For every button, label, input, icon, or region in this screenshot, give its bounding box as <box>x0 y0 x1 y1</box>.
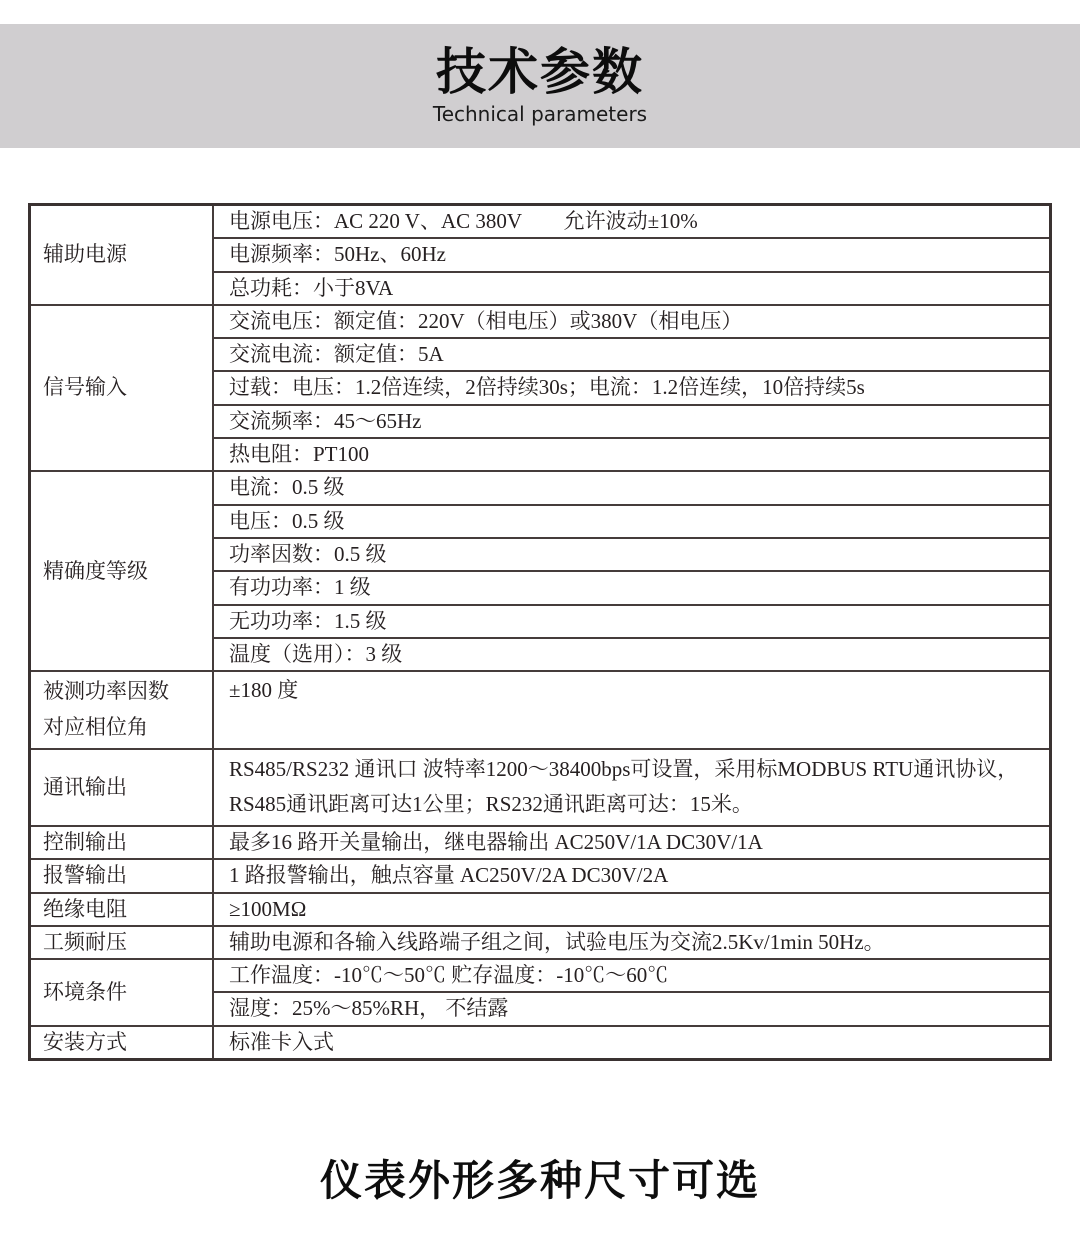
param-value-cell: 电流：0.5 级 <box>213 471 1051 504</box>
param-group-label: 环境条件 <box>30 959 214 1026</box>
technical-parameters-table: 辅助电源 电源电压：AC 220 V、AC 380V 允许波动±10% 电源频率… <box>28 203 1052 1061</box>
param-group-label: 辅助电源 <box>30 205 214 305</box>
param-value-cell: 热电阻：PT100 <box>213 438 1051 471</box>
param-group-label: 安装方式 <box>30 1026 214 1060</box>
table-row: 安装方式 标准卡入式 <box>30 1026 1051 1060</box>
table-row: 控制输出 最多16 路开关量输出，继电器输出 AC250V/1A DC30V/1… <box>30 826 1051 859</box>
param-value-cell: 最多16 路开关量输出，继电器输出 AC250V/1A DC30V/1A <box>213 826 1051 859</box>
param-value-cell: 温度（选用）：3 级 <box>213 638 1051 671</box>
table-row: 辅助电源 电源电压：AC 220 V、AC 380V 允许波动±10% <box>30 205 1051 239</box>
table-row: 工频耐压 辅助电源和各输入线路端子组之间，试验电压为交流2.5Kv/1min 5… <box>30 926 1051 959</box>
param-group-label: 信号输入 <box>30 305 214 471</box>
page-title: 技术参数 <box>436 46 644 99</box>
param-value-cell: 交流电流：额定值：5A <box>213 338 1051 371</box>
param-group-label: 通讯输出 <box>30 749 214 826</box>
table-row: 信号输入 交流电压：额定值：220V（相电压）或380V（相电压） <box>30 305 1051 338</box>
param-group-label: 精确度等级 <box>30 471 214 671</box>
section-header-band: 技术参数 Technical parameters <box>0 24 1080 148</box>
param-value-cell: 电源频率：50Hz、60Hz <box>213 238 1051 271</box>
param-group-label: 被测功率因数 对应相位角 <box>30 671 214 748</box>
section-title-dimensions: 仪表外形多种尺寸可选 <box>0 1148 1080 1208</box>
param-group-label: 工频耐压 <box>30 926 214 959</box>
param-value-cell: 电压：0.5 级 <box>213 505 1051 538</box>
param-value-cell: ≥100MΩ <box>213 893 1051 926</box>
param-value-cell: 无功功率：1.5 级 <box>213 605 1051 638</box>
param-value-cell: 辅助电源和各输入线路端子组之间，试验电压为交流2.5Kv/1min 50Hz。 <box>213 926 1051 959</box>
param-group-label: 控制输出 <box>30 826 214 859</box>
param-value-cell: RS485/RS232 通讯口 波特率1200～38400bps可设置，采用标M… <box>213 749 1051 826</box>
table-row: 绝缘电阻 ≥100MΩ <box>30 893 1051 926</box>
table-row: 被测功率因数 对应相位角 ±180 度 <box>30 671 1051 748</box>
param-value-cell: 过载：电压：1.2倍连续，2倍持续30s；电流：1.2倍连续，10倍持续5s <box>213 371 1051 404</box>
param-group-label: 报警输出 <box>30 859 214 892</box>
param-value-cell: 电源电压：AC 220 V、AC 380V 允许波动±10% <box>213 205 1051 239</box>
table-row: 环境条件 工作温度：-10℃～50℃ 贮存温度：-10℃～60℃ <box>30 959 1051 992</box>
param-value-cell: 总功耗：小于8VA <box>213 272 1051 305</box>
param-value-cell: ±180 度 <box>213 671 1051 748</box>
param-value-cell: 交流频率：45～65Hz <box>213 405 1051 438</box>
param-group-label: 绝缘电阻 <box>30 893 214 926</box>
param-value-cell: 湿度：25%～85%RH， 不结露 <box>213 992 1051 1025</box>
table-row: 报警输出 1 路报警输出，触点容量 AC250V/2A DC30V/2A <box>30 859 1051 892</box>
param-value-cell: 1 路报警输出，触点容量 AC250V/2A DC30V/2A <box>213 859 1051 892</box>
param-value-cell: 功率因数：0.5 级 <box>213 538 1051 571</box>
param-value-cell: 工作温度：-10℃～50℃ 贮存温度：-10℃～60℃ <box>213 959 1051 992</box>
param-value-cell: 有功功率：1 级 <box>213 571 1051 604</box>
page-subtitle: Technical parameters <box>433 102 647 126</box>
param-value-cell: 交流电压：额定值：220V（相电压）或380V（相电压） <box>213 305 1051 338</box>
table-row: 通讯输出 RS485/RS232 通讯口 波特率1200～38400bps可设置… <box>30 749 1051 826</box>
table-row: 精确度等级 电流：0.5 级 <box>30 471 1051 504</box>
param-value-cell: 标准卡入式 <box>213 1026 1051 1060</box>
